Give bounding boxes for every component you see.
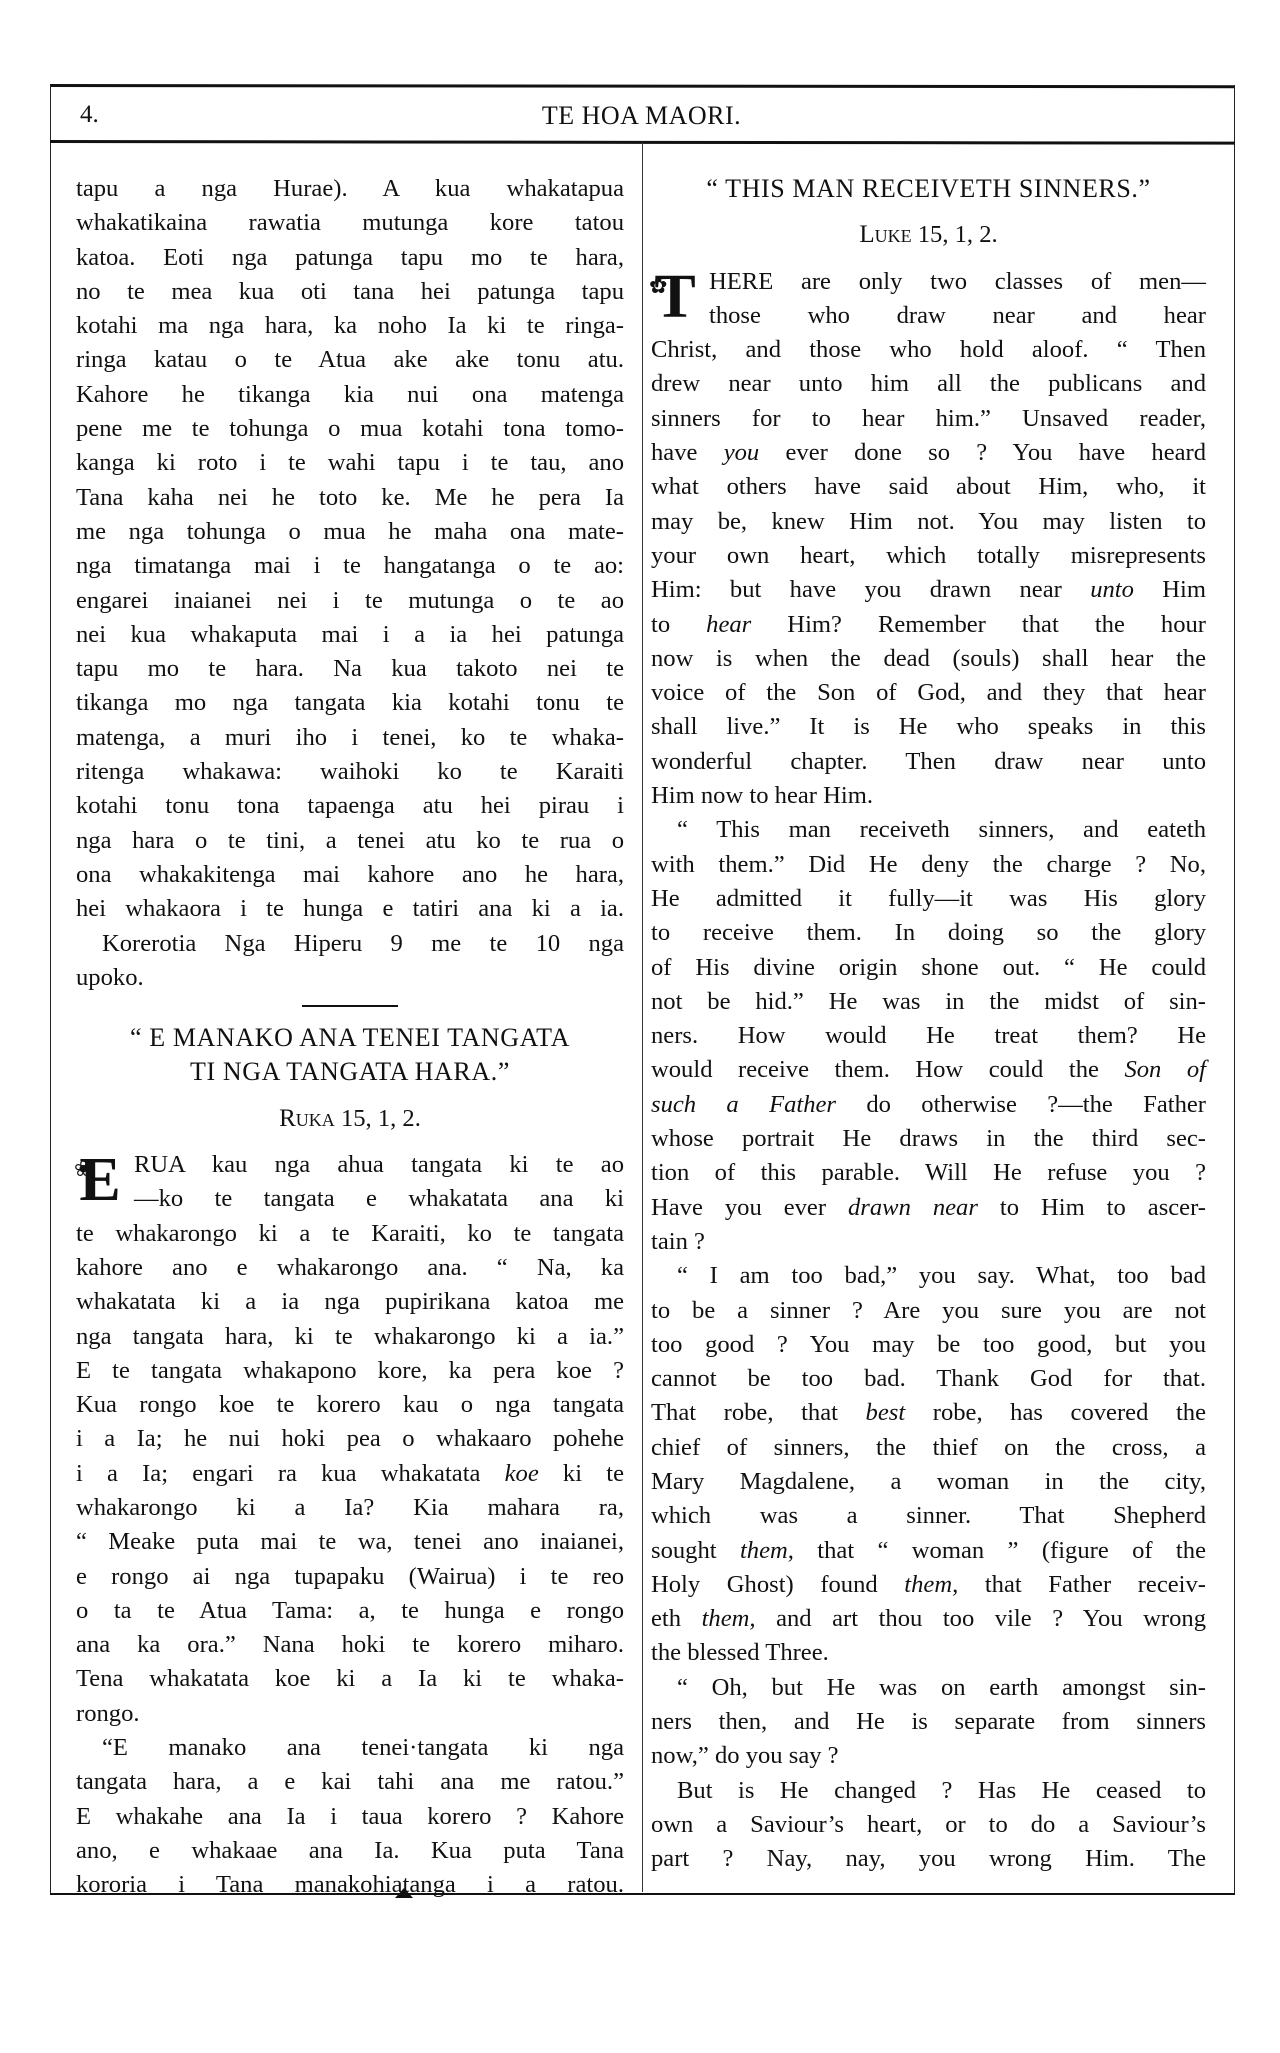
text-line: kotahi tonu tona tapaenga atu hei pirau …	[76, 789, 624, 823]
reference-book: Luke	[859, 221, 911, 248]
text-line: RUA kau nga ahua tangata ki te ao	[76, 1148, 624, 1182]
text-line: He admitted it fully—it was His glory	[651, 882, 1206, 916]
text-line: —ko te tangata e whakatata ana ki	[76, 1182, 624, 1216]
text-line: “ Oh, but He was on earth amongst sin-	[651, 1671, 1206, 1705]
text-line: now is when the dead (souls) shall hear …	[651, 642, 1206, 676]
text-line: part ? Nay, nay, you wrong Him. The	[651, 1842, 1206, 1876]
ornamental-dropcap-icon: ✿T	[651, 265, 699, 329]
text-line: would receive them. How could the Son of	[651, 1053, 1206, 1087]
text-line: sought them, that “ woman ” (figure of t…	[651, 1534, 1206, 1568]
text-line: such a Father do otherwise ?—the Father	[651, 1088, 1206, 1122]
text-line: what others have said about Him, who, it	[651, 470, 1206, 504]
text-line: own a Saviour’s heart, or to do a Saviou…	[651, 1808, 1206, 1842]
emphasis-text: them,	[702, 1605, 756, 1632]
text-line: Christ, and those who hold aloof. “ Then	[651, 333, 1206, 367]
text-line: ners. How would He treat them? He	[651, 1019, 1206, 1053]
text-line: tapu a nga Hurae). A kua whakatapua	[76, 172, 624, 206]
text-line: matenga, a muri iho i tenei, ko te whaka…	[76, 721, 624, 755]
text-line: Kahore he tikanga kia nui ona matenga	[76, 378, 624, 412]
emphasis-text: unto	[1090, 576, 1134, 603]
text-line: Korerotia Nga Hiperu 9 me te 10 nga	[76, 927, 624, 961]
text-line: with them.” Did He deny the charge ? No,	[651, 848, 1206, 882]
article-title-maori: “ E MANAKO ANA TENEI TANGATA TI NGA TANG…	[76, 1021, 624, 1090]
emphasis-text: hear	[706, 611, 751, 638]
text-line: ners then, and He is separate from sinne…	[651, 1705, 1206, 1739]
text-line: kahore ano e whakarongo ana. “ Na, ka	[76, 1251, 624, 1285]
text-line: sinners for to hear him.” Unsaved reader…	[651, 402, 1206, 436]
paragraph: Christ, and those who hold aloof. “ Then…	[651, 333, 1206, 813]
column-divider	[642, 142, 643, 1892]
text-line: Him now to hear Him.	[651, 779, 1206, 813]
ornamental-dropcap-icon: ❀E	[76, 1148, 124, 1212]
text-line: nga timatanga mai i te hangatanga o te a…	[76, 549, 624, 583]
text-line: “ I am too bad,” you say. What, too bad	[651, 1259, 1206, 1293]
page-header: 4. TE HOA MAORI.	[50, 95, 1233, 137]
text-line: ano, e whakaae ana Ia. Kua puta Tana	[76, 1834, 624, 1868]
text-line: ritenga whakawa: waihoki ko te Karaiti	[76, 755, 624, 789]
paragraph: But is He changed ? Has He ceased toown …	[651, 1774, 1206, 1877]
reference-verse: 15, 1, 2.	[335, 1105, 421, 1132]
text-line: Him: but have you drawn near unto Him	[651, 573, 1206, 607]
text-line: “ Meake puta mai te wa, tenei ano inaian…	[76, 1525, 624, 1559]
text-line: hei whakaora i te hunga e tatiri ana ki …	[76, 892, 624, 926]
text-line: whakarongo ki a Ia? Kia mahara ra,	[76, 1491, 624, 1525]
text-line: kotahi ma nga hara, ka noho Ia ki te rin…	[76, 309, 624, 343]
text-line: too good ? You may be too good, but you	[651, 1328, 1206, 1362]
text-line: upoko.	[76, 961, 624, 995]
text-line: me nga tohunga o mua he maha ona mate-	[76, 515, 624, 549]
text-line: “ This man receiveth sinners, and eateth	[651, 813, 1206, 847]
emphasis-text: them,	[740, 1537, 794, 1564]
text-line: shall live.” It is He who speaks in this	[651, 710, 1206, 744]
emphasis-text: them,	[904, 1571, 958, 1598]
text-line: ona whakakitenga mai kahore ano he hara,	[76, 858, 624, 892]
text-line: voice of the Son of God, and they that h…	[651, 676, 1206, 710]
article-title-line: “ E MANAKO ANA TENEI TANGATA	[76, 1021, 624, 1055]
text-line: ringa katau o te Atua ake ake tonu atu.	[76, 343, 624, 377]
page-title: TE HOA MAORI.	[50, 101, 1233, 131]
text-line: That robe, that best robe, has covered t…	[651, 1396, 1206, 1430]
text-line: E te tangata whakapono kore, ka pera koe…	[76, 1354, 624, 1388]
continuation-text: tapu a nga Hurae). A kua whakatapuawhaka…	[76, 172, 624, 927]
text-line: of His divine origin shone out. “ He cou…	[651, 951, 1206, 985]
paragraph: “E manako ana tenei·tangata ki ngatangat…	[76, 1731, 624, 1902]
text-line: nga hara o te tini, a tenei atu ko te ru…	[76, 824, 624, 858]
dropcap-paragraph-start: ❀E RUA kau nga ahua tangata ki te ao —ko…	[76, 1148, 624, 1217]
text-line: “E manako ana tenei·tangata ki nga	[76, 1731, 624, 1765]
text-line: HERE are only two classes of men—	[651, 265, 1206, 299]
text-line: tikanga mo nga tangata kia kotahi tonu t…	[76, 686, 624, 720]
section-separator	[302, 1005, 398, 1007]
paragraph: te whakarongo ki a te Karaiti, ko te tan…	[76, 1217, 624, 1457]
text-line: i a Ia; engari ra kua whakatata koe ki t…	[76, 1457, 624, 1491]
text-line: Holy Ghost) found them, that Father rece…	[651, 1568, 1206, 1602]
text-line: Mary Magdalene, a woman in the city,	[651, 1465, 1206, 1499]
emphasis-text: drawn near	[848, 1194, 978, 1221]
text-line: ana ka ora.” Nana hoki te korero miharo.	[76, 1628, 624, 1662]
reference-note: Korerotia Nga Hiperu 9 me te 10 ngaupoko…	[76, 927, 624, 996]
text-line: pene me te tohunga o mua kotahi tona tom…	[76, 412, 624, 446]
text-line: to hear Him? Remember that the hour	[651, 608, 1206, 642]
text-line: nei kua whakaputa mai i a ia hei patunga	[76, 618, 624, 652]
reference-verse: 15, 1, 2.	[912, 221, 998, 248]
text-line: tain ?	[651, 1225, 1206, 1259]
text-line: katoa. Eoti nga patunga tapu mo te hara,	[76, 241, 624, 275]
text-line: whose portrait He draws in the third sec…	[651, 1122, 1206, 1156]
text-line: to be a sinner ? Are you sure you are no…	[651, 1294, 1206, 1328]
text-line: wonderful chapter. Then draw near unto	[651, 745, 1206, 779]
right-column: “ THIS MAN RECEIVETH SINNERS.” Luke 15, …	[651, 172, 1206, 1877]
text-line: te whakarongo ki a te Karaiti, ko te tan…	[76, 1217, 624, 1251]
text-line: tapu mo te hara. Na kua takoto nei te	[76, 652, 624, 686]
text-line: now,” do you say ?	[651, 1739, 1206, 1773]
article-title-line: TI NGA TANGATA HARA.”	[76, 1055, 624, 1089]
reference-book: Ruka	[279, 1105, 335, 1132]
text-line: i a Ia; he nui hoki pea o whakaaro poheh…	[76, 1422, 624, 1456]
text-line: Kua rongo koe te korero kau o nga tangat…	[76, 1388, 624, 1422]
text-line: kororia i Tana manakohiatanga i a ratou.	[76, 1868, 624, 1902]
text-line: Tena whakatata koe ki a Ia ki te whaka-	[76, 1662, 624, 1696]
emphasis-text: you	[724, 439, 760, 466]
text-line: your own heart, which totally misreprese…	[651, 539, 1206, 573]
paragraph: “ I am too bad,” you say. What, too badt…	[651, 1259, 1206, 1671]
text-line: tangata hara, a e kai tahi ana me ratou.…	[76, 1765, 624, 1799]
text-line: e rongo ai nga tupapaku (Wairua) i te re…	[76, 1560, 624, 1594]
text-line: may be, knew Him not. You may listen to	[651, 505, 1206, 539]
text-line: no te mea kua oti tana hei patunga tapu	[76, 275, 624, 309]
text-line: chief of sinners, the thief on the cross…	[651, 1431, 1206, 1465]
article-title-english: “ THIS MAN RECEIVETH SINNERS.”	[651, 172, 1206, 206]
text-line: nga tangata hara, ki te whakarongo ki a …	[76, 1320, 624, 1354]
paragraph: whakarongo ki a Ia? Kia mahara ra,“ Meak…	[76, 1491, 624, 1731]
text-line: engarei inaianei nei i te mutunga o te a…	[76, 584, 624, 618]
text-line: E whakahe ana Ia i taua korero ? Kahore	[76, 1800, 624, 1834]
emphasis-text: Son of	[1124, 1056, 1206, 1083]
dropcap-paragraph-start: ✿T HERE are only two classes of men— tho…	[651, 265, 1206, 334]
text-line: whakatata ki a ia nga pupirikana katoa m…	[76, 1285, 624, 1319]
text-line: whakatikaina rawatia mutunga kore tatou	[76, 206, 624, 240]
emphasis-text: best	[866, 1399, 906, 1426]
text-line: tion of this parable. Will He refuse you…	[651, 1156, 1206, 1190]
paragraph: “ This man receiveth sinners, and eateth…	[651, 813, 1206, 1259]
scripture-reference: Luke 15, 1, 2.	[651, 218, 1206, 252]
text-line: which was a sinner. That Shepherd	[651, 1499, 1206, 1533]
emphasis-text: such a Father	[651, 1091, 836, 1118]
scripture-reference: Ruka 15, 1, 2.	[76, 1102, 624, 1136]
paragraph: “ Oh, but He was on earth amongst sin-ne…	[651, 1671, 1206, 1774]
text-line: Tana kaha nei he toto ke. Me he pera Ia	[76, 481, 624, 515]
text-line: Have you ever drawn near to Him to ascer…	[651, 1191, 1206, 1225]
text-line: drew near unto him all the publicans and	[651, 367, 1206, 401]
text-line: o ta te Atua Tama: a, te hunga e rongo	[76, 1594, 624, 1628]
text-line: have you ever done so ? You have heard	[651, 436, 1206, 470]
text-line: to receive them. In doing so the glory	[651, 916, 1206, 950]
text-line: the blessed Three.	[651, 1636, 1206, 1670]
text-line: rongo.	[76, 1697, 624, 1731]
text-line: not be hid.” He was in the midst of sin-	[651, 985, 1206, 1019]
text-line: kanga ki roto i te wahi tapu i te tau, a…	[76, 446, 624, 480]
text-line: eth them, and art thou too vile ? You wr…	[651, 1602, 1206, 1636]
text-line: cannot be too bad. Thank God for that.	[651, 1362, 1206, 1396]
left-column: tapu a nga Hurae). A kua whakatapuawhaka…	[76, 172, 624, 1903]
text-line: But is He changed ? Has He ceased to	[651, 1774, 1206, 1808]
text-line: those who draw near and hear	[651, 299, 1206, 333]
